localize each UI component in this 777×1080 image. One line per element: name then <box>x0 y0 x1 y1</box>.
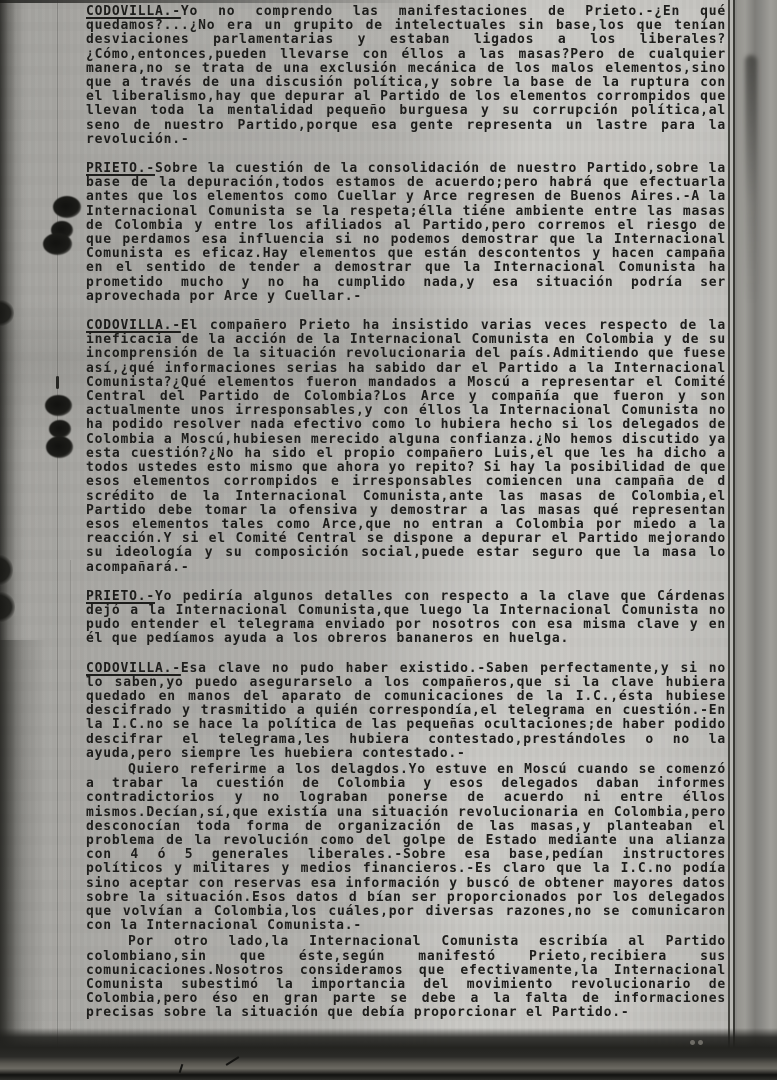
dust-speck <box>690 1040 695 1045</box>
fold-crease-line <box>57 0 58 1080</box>
ink-blob <box>46 436 73 458</box>
speaker-name: CODOVILLA.- <box>86 318 181 333</box>
scratch-mark <box>226 1056 240 1066</box>
paragraph-text: Yo pediría algunos detalles con respecto… <box>86 589 726 647</box>
scanner-background-strip <box>737 0 777 1080</box>
speaker-name: PRIETO.- <box>86 589 155 604</box>
ink-blob <box>45 395 72 416</box>
paragraph-text: Yo no comprendo las manifestaciones de P… <box>86 4 726 147</box>
paragraph-text: Esa clave no pudo haber existido.-Saben … <box>86 661 726 761</box>
paragraph: PRIETO.-Yo pediría algunos detalles con … <box>86 590 726 647</box>
ink-blob <box>43 233 72 255</box>
paragraph: CODOVILLA.-Yo no comprendo las manifesta… <box>86 5 726 147</box>
fold-crease-line <box>70 560 71 1030</box>
paragraph: Por otro lado,la Internacional Comunista… <box>86 935 726 1020</box>
bottom-scan-shadow-band <box>0 1028 777 1080</box>
scratch-mark <box>179 1064 184 1073</box>
paragraph: CODOVILLA.-Esa clave no pudo haber exist… <box>86 662 726 761</box>
paragraph: CODOVILLA.-El compañero Prieto ha insist… <box>86 319 726 575</box>
paragraph: Quiero referirme a los delagdos.Yo estuv… <box>86 763 726 933</box>
speaker-name: PRIETO.- <box>86 161 155 176</box>
paragraph-text: Por otro lado,la Internacional Comunista… <box>86 934 726 1020</box>
page-right-edge-lines <box>727 0 737 1080</box>
paragraph: PRIETO.-Sobre la cuestión de la consolid… <box>86 162 726 304</box>
paragraph-text: El compañero Prieto ha insistido varias … <box>86 318 726 574</box>
speaker-name: CODOVILLA.- <box>86 661 181 676</box>
ink-blob <box>53 196 81 218</box>
dust-speck <box>698 1040 703 1045</box>
right-edge-smudge <box>745 55 757 305</box>
left-edge-shadow-lower <box>0 640 46 1080</box>
speaker-name: CODOVILLA.- <box>86 4 181 19</box>
ink-tick-mark <box>56 376 59 389</box>
paragraph-text: Sobre la cuestión de la consolidación de… <box>86 161 726 304</box>
document-text: CODOVILLA.-Yo no comprendo las manifesta… <box>86 5 726 1021</box>
page-top-edge <box>0 0 430 3</box>
paragraph-text: Quiero referirme a los delagdos.Yo estuv… <box>86 762 726 933</box>
